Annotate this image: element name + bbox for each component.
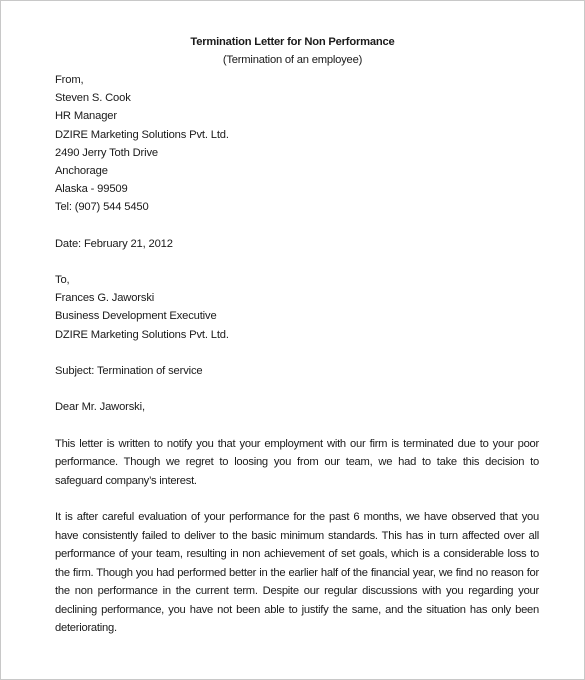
- spacer: [55, 253, 539, 271]
- document-page: Termination Letter for Non Performance (…: [0, 0, 585, 680]
- spacer: [55, 380, 539, 398]
- spacer: [55, 217, 539, 235]
- letter-date: Date: February 21, 2012: [55, 235, 539, 253]
- sender-position: HR Manager: [55, 107, 539, 125]
- spacer: [55, 417, 539, 435]
- sender-block: From, Steven S. Cook HR Manager DZIRE Ma…: [55, 71, 539, 217]
- recipient-label: To,: [55, 271, 539, 289]
- letter-title: Termination Letter for Non Performance: [1, 35, 584, 49]
- recipient-name: Frances G. Jaworski: [55, 289, 539, 307]
- sender-state-zip: Alaska - 99509: [55, 180, 539, 198]
- salutation: Dear Mr. Jaworski,: [55, 398, 539, 416]
- sender-street: 2490 Jerry Toth Drive: [55, 144, 539, 162]
- sender-phone: Tel: (907) 544 5450: [55, 198, 539, 216]
- letter-subject: Subject: Termination of service: [55, 362, 539, 380]
- letter-body: From, Steven S. Cook HR Manager DZIRE Ma…: [55, 71, 539, 638]
- recipient-position: Business Development Executive: [55, 307, 539, 325]
- sender-city: Anchorage: [55, 162, 539, 180]
- recipient-block: To, Frances G. Jaworski Business Develop…: [55, 271, 539, 344]
- body-paragraph-1: This letter is written to notify you tha…: [55, 435, 539, 491]
- spacer: [55, 490, 539, 508]
- recipient-company: DZIRE Marketing Solutions Pvt. Ltd.: [55, 326, 539, 344]
- letter-subtitle: (Termination of an employee): [1, 53, 584, 67]
- sender-label: From,: [55, 71, 539, 89]
- sender-company: DZIRE Marketing Solutions Pvt. Ltd.: [55, 126, 539, 144]
- sender-name: Steven S. Cook: [55, 89, 539, 107]
- spacer: [55, 344, 539, 362]
- body-paragraph-2: It is after careful evaluation of your p…: [55, 508, 539, 638]
